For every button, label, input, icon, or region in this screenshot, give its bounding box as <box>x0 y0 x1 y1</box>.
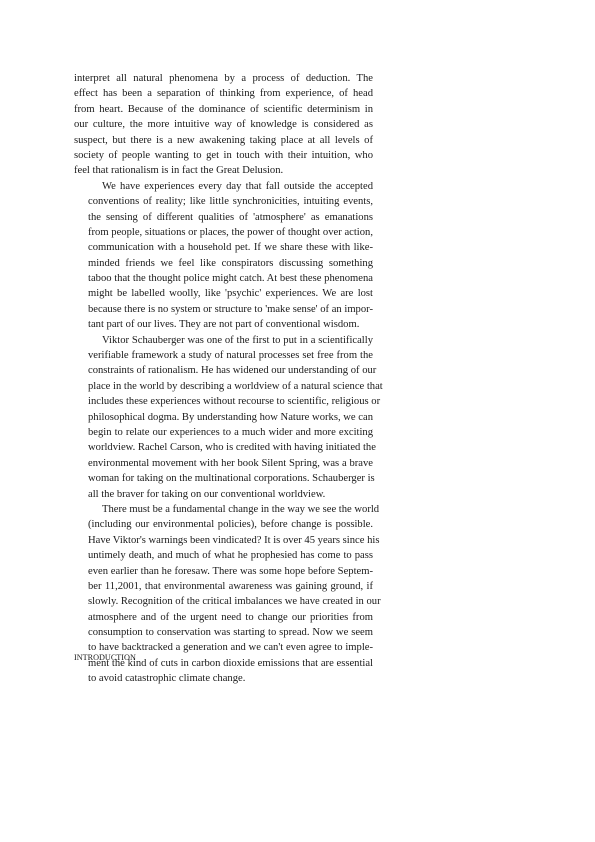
text-line: environmental movement with her book Sil… <box>74 456 373 471</box>
text-line: consumption to conservation was starting… <box>74 625 373 640</box>
text-line: because there is no system or structure … <box>74 302 373 317</box>
text-line: slowly. Recognition of the critical imba… <box>74 594 373 609</box>
text-line: the sensing of different qualities of 'a… <box>74 210 373 225</box>
text-line: Viktor Schauberger was one of the first … <box>74 333 373 348</box>
text-line: ber 11,2001, that environmental awarenes… <box>74 579 373 594</box>
text-line: atmosphere and of the urgent need to cha… <box>74 610 373 625</box>
text-line: worldview. Rachel Carson, who is credite… <box>74 440 373 455</box>
text-line: society of people wanting to get in touc… <box>74 148 373 163</box>
text-line: verifiable framework a study of natural … <box>74 348 373 363</box>
text-line: from heart. Because of the dominance of … <box>74 102 373 117</box>
text-line: Have Viktor's warnings been vindicated? … <box>74 533 373 548</box>
text-line: feel that rationalism is in fact the Gre… <box>74 163 373 178</box>
text-line: We have experiences every day that fall … <box>74 179 373 194</box>
text-line: from people, situations or places, the p… <box>74 225 373 240</box>
text-line: communication with a household pet. If w… <box>74 240 373 255</box>
text-line: place in the world by describing a world… <box>74 379 373 394</box>
body-text: interpret all natural phenomena by a pro… <box>74 71 373 687</box>
text-line: There must be a fundamental change in th… <box>74 502 373 517</box>
document-page: interpret all natural phenomena by a pro… <box>0 0 595 842</box>
text-line: conventions of reality; like little sync… <box>74 194 373 209</box>
text-line: includes these experiences without recou… <box>74 394 373 409</box>
text-line: philosophical dogma. By understanding ho… <box>74 410 373 425</box>
paragraph: Viktor Schauberger was one of the first … <box>74 333 373 502</box>
text-line: begin to relate our experiences to a muc… <box>74 425 373 440</box>
running-footer: INTRODUCTION <box>74 653 136 662</box>
text-line: interpret all natural phenomena by a pro… <box>74 71 373 86</box>
text-line: woman for taking on the multinational co… <box>74 471 373 486</box>
paragraph: We have experiences every day that fall … <box>74 179 373 333</box>
text-line: even earlier than he foresaw. There was … <box>74 564 373 579</box>
text-line: minded friends we feel like conspirators… <box>74 256 373 271</box>
text-line: might be labelled woolly, like 'psychic'… <box>74 286 373 301</box>
text-line: all the braver for taking on our convent… <box>74 487 373 502</box>
text-line: suspect, but there is a new awakening ta… <box>74 133 373 148</box>
text-line: to avoid catastrophic climate change. <box>74 671 373 686</box>
text-line: taboo that the thought police might catc… <box>74 271 373 286</box>
text-line: our culture, the more intuitive way of k… <box>74 117 373 132</box>
text-line: constraints of rationalism. He has widen… <box>74 363 373 378</box>
paragraph: interpret all natural phenomena by a pro… <box>74 71 373 179</box>
text-line: (including our environmental policies), … <box>74 517 373 532</box>
text-line: untimely death, and much of what he prop… <box>74 548 373 563</box>
text-line: effect has been a separation of thinking… <box>74 86 373 101</box>
text-line: tant part of our lives. They are not par… <box>74 317 373 332</box>
